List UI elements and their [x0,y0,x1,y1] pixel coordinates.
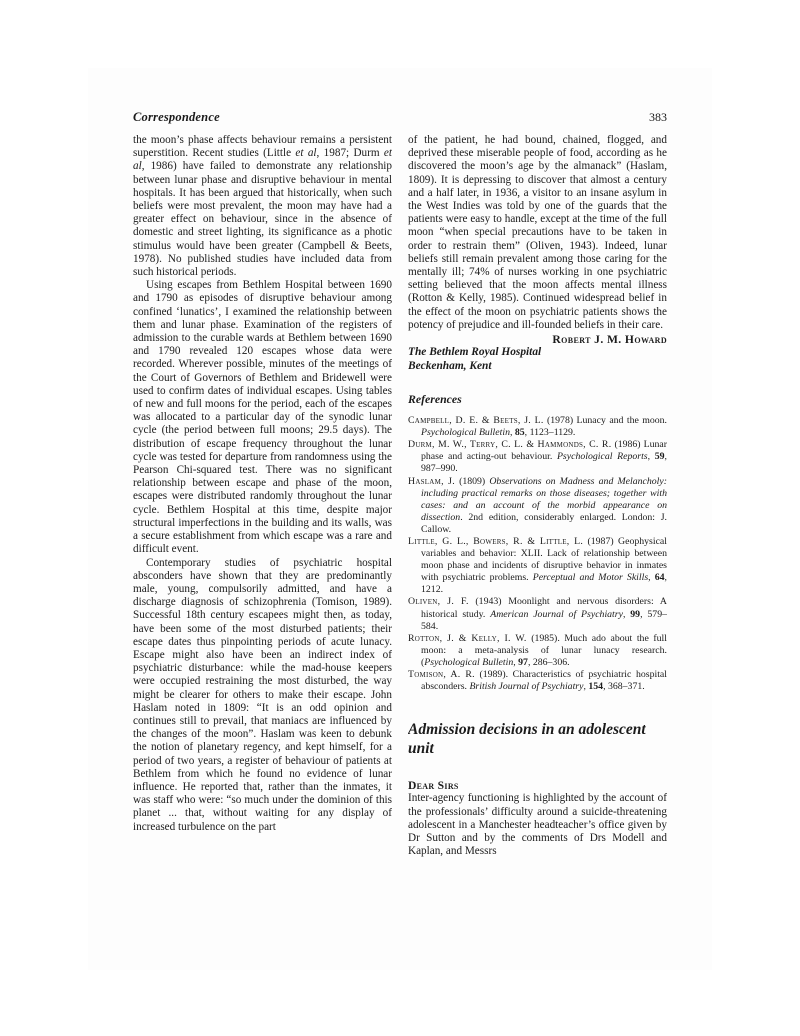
reference-entry: Campbell, D. E. & Beets, J. L. (1978) Lu… [408,415,667,439]
letter-paragraph: Inter-agency functioning is highlighted … [408,792,667,858]
paragraph: Contemporary studies of psychiatric hosp… [133,557,392,834]
running-head: Correspondence [133,110,220,125]
page-header: Correspondence 383 [133,110,667,126]
page-number: 383 [649,110,667,125]
reference-entry: Rotton, J. & Kelly, I. W. (1985). Much a… [408,633,667,669]
text-columns: the moon’s phase affects behaviour remai… [133,134,667,896]
reference-entry: Durm, M. W., Terry, C. L. & Hammonds, C.… [408,439,667,475]
scanned-journal-page: Correspondence 383 the moon’s phase affe… [0,0,800,1036]
reference-entry: Tomison, A. R. (1989). Characteristics o… [408,669,667,693]
paragraph: Using escapes from Bethlem Hospital betw… [133,279,392,556]
references-heading: References [408,393,667,406]
letter-salutation: Dear Sirs [408,779,667,792]
right-column: of the patient, he had bound, chained, f… [408,134,667,896]
left-column: the moon’s phase affects behaviour remai… [133,134,392,896]
reference-entry: Haslam, J. (1809) Observations on Madnes… [408,476,667,536]
journal-page: Correspondence 383 the moon’s phase affe… [88,68,712,970]
reference-entry: Little, G. L., Bowers, R. & Little, L. (… [408,536,667,596]
reference-entry: Oliven, J. F. (1943) Moonlight and nervo… [408,596,667,632]
paragraph-continuation: the moon’s phase affects behaviour remai… [133,134,392,279]
reference-list: Campbell, D. E. & Beets, J. L. (1978) Lu… [408,415,667,693]
signature-name: Robert J. M. Howard [408,333,667,346]
paragraph-continuation: of the patient, he had bound, chained, f… [408,134,667,332]
letter-title: Admission decisions in an adolescent uni… [408,720,667,758]
affiliation-line: The Bethlem Royal Hospital [408,346,667,360]
affiliation-line: Beckenham, Kent [408,360,667,374]
